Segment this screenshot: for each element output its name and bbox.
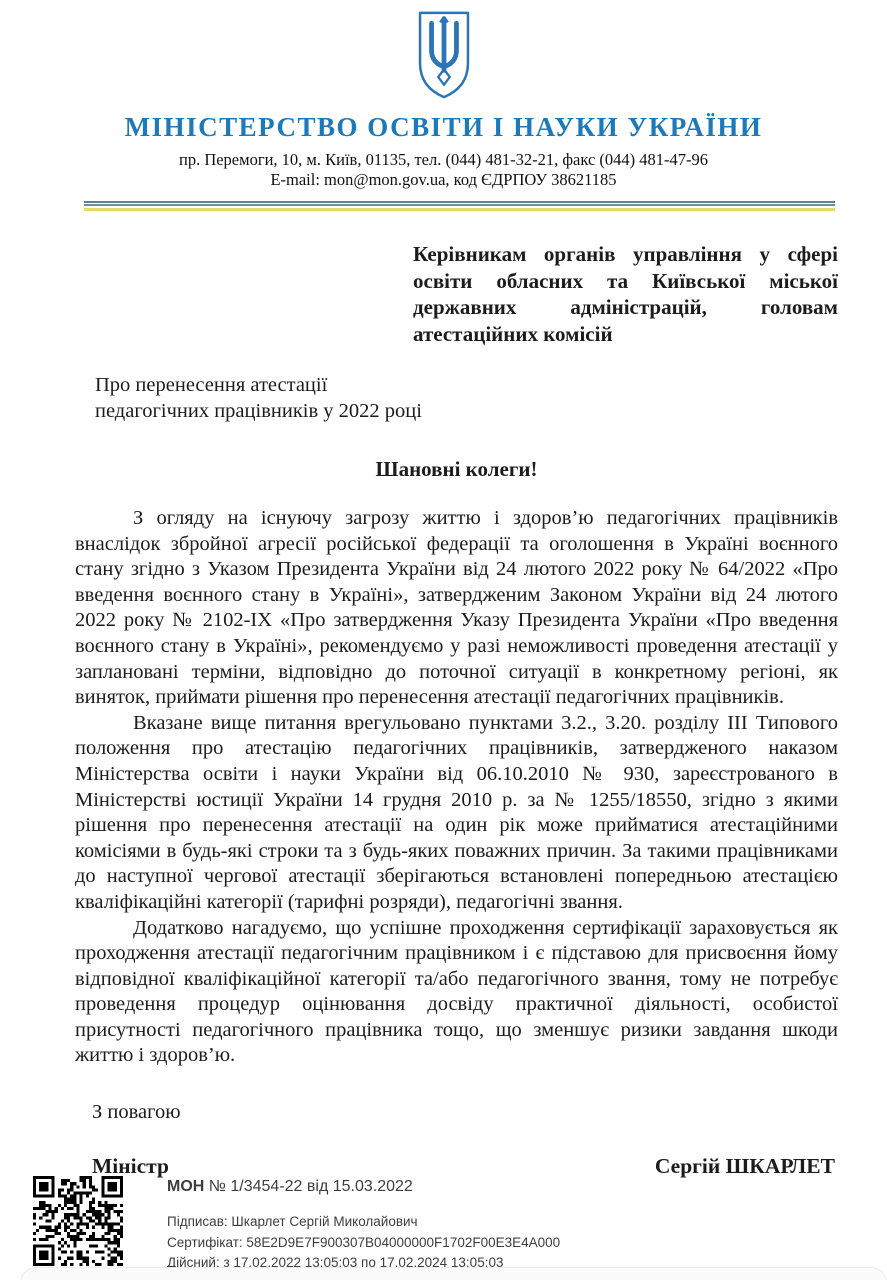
ministry-title: МІНІСТЕРСТВО ОСВІТИ І НАУКИ УКРАЇНИ [0, 112, 887, 143]
header-address-line1: пр. Перемоги, 10, м. Київ, 01135, тел. (… [0, 150, 887, 170]
digital-signature-stamp: МОН № 1/3454-22 від 15.03.2022 Підписав:… [33, 1176, 847, 1274]
subject-block: Про перенесення атестації педагогічних п… [95, 372, 887, 424]
header-address-line2: E-mail: mon@mon.gov.ua, код ЄДРПОУ 38621… [0, 170, 887, 190]
stamp-text: МОН № 1/3454-22 від 15.03.2022 Підписав:… [167, 1176, 560, 1274]
stamp-doc-label: МОН [167, 1178, 204, 1195]
closing-phrase: З повагою [92, 1101, 887, 1124]
stamp-signed-by: Підписав: Шкарлет Сергій Миколайович [167, 1212, 560, 1233]
official-letter-page: МІНІСТЕРСТВО ОСВІТИ І НАУКИ УКРАЇНИ пр. … [0, 0, 887, 1280]
body-paragraph: Додатково нагадуємо, що успішне проходже… [75, 916, 838, 1070]
stamp-doc-number: МОН № 1/3454-22 від 15.03.2022 [167, 1178, 560, 1196]
flag-divider [84, 201, 835, 211]
salutation: Шановні колеги! [75, 457, 838, 482]
addressee-block: Керівникам органів управління у сфері ос… [413, 241, 838, 347]
letter-body: З огляду на існуючу загрозу життю і здор… [75, 506, 838, 1069]
trident-emblem-icon [413, 88, 475, 105]
qr-code-icon [33, 1176, 123, 1266]
header-emblem [0, 0, 887, 106]
stamp-doc-number-value: № 1/3454-22 від 15.03.2022 [209, 1178, 413, 1195]
next-card-top-edge [20, 1267, 887, 1280]
divider-yellow-line [84, 208, 835, 211]
subject-line2: педагогічних працівників у 2022 році [95, 398, 887, 424]
body-paragraph: Вказане вище питання врегульовано пункта… [75, 711, 838, 916]
body-paragraph: З огляду на існуючу загрозу життю і здор… [75, 506, 838, 711]
subject-line1: Про перенесення атестації [95, 372, 887, 398]
header-address: пр. Перемоги, 10, м. Київ, 01135, тел. (… [0, 150, 887, 190]
stamp-certificate: Сертифікат: 58E2D9E7F900307B04000000F170… [167, 1233, 560, 1254]
